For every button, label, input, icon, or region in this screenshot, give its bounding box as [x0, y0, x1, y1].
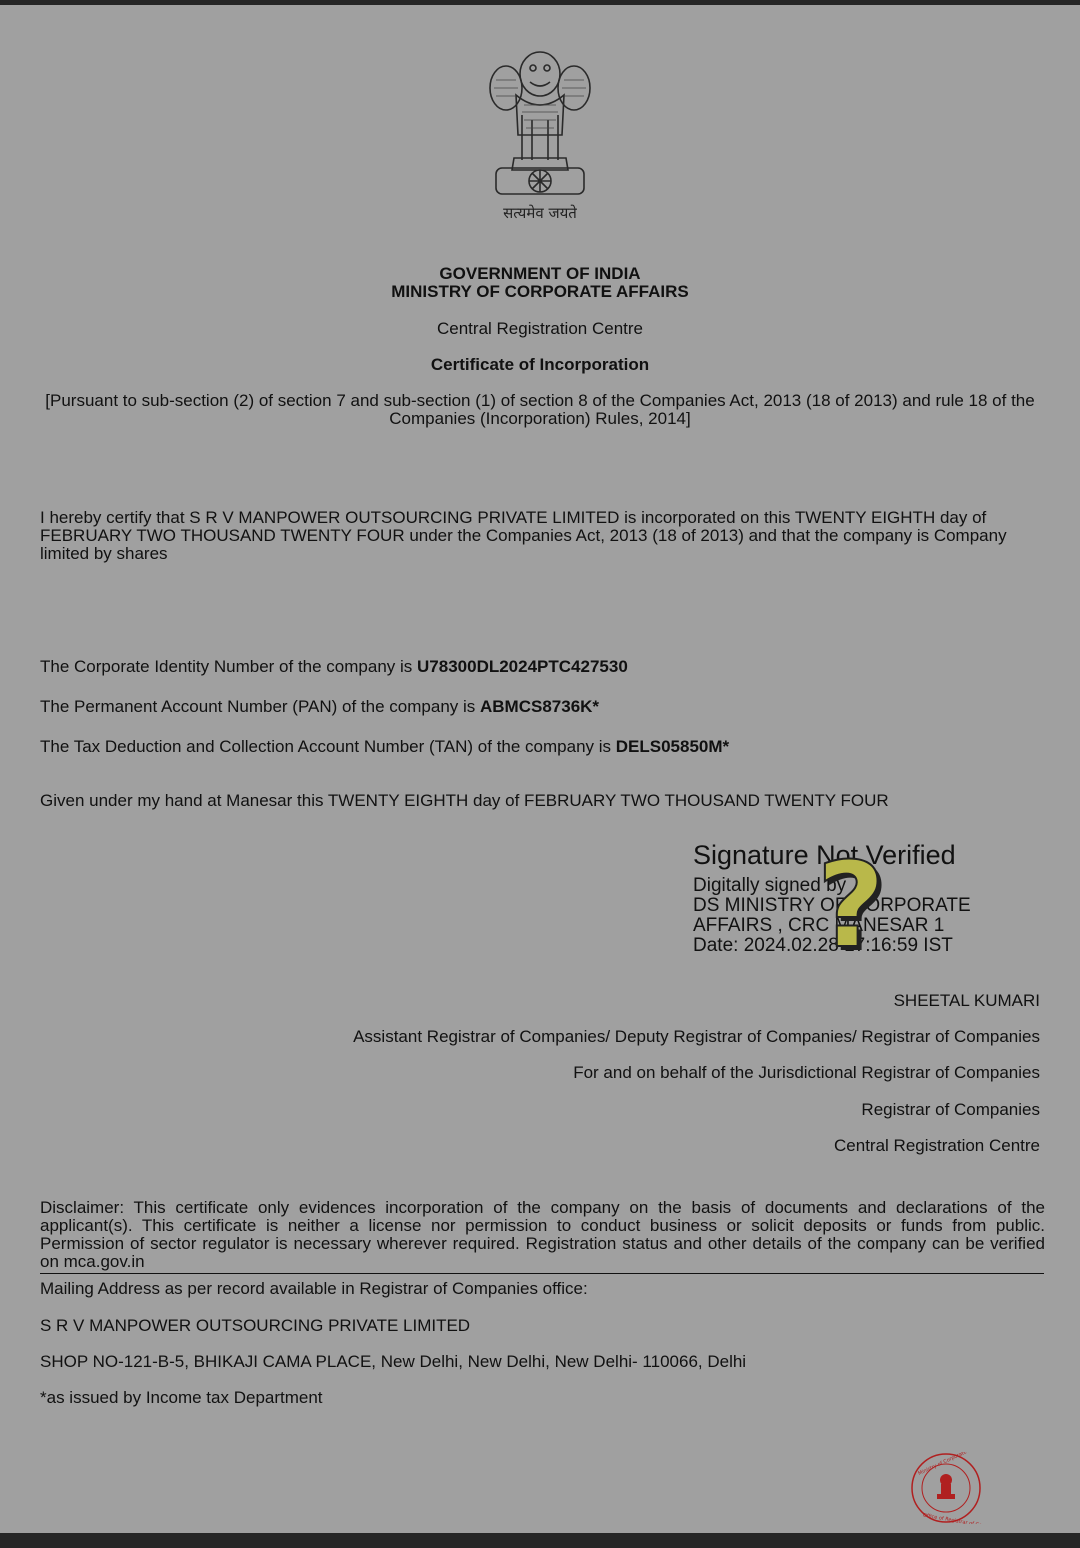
digital-signature-block[interactable]: Signature Not Verified Digitally signed … — [693, 840, 1033, 956]
signature-details: Digitally signed by DS MINISTRY OF CORPO… — [693, 876, 1033, 956]
signature-date: Date: 2024.02.28 17:16:59 IST — [693, 936, 1033, 956]
pan-label: The Permanent Account Number (PAN) of th… — [40, 697, 480, 716]
cin-value: U78300DL2024PTC427530 — [417, 657, 628, 676]
pan-value: ABMCS8736K* — [480, 697, 599, 716]
registrar-designation: Assistant Registrar of Companies/ Deputy… — [353, 1027, 1040, 1047]
registrar-centre: Central Registration Centre — [834, 1136, 1040, 1156]
tan-label: The Tax Deduction and Collection Account… — [40, 737, 616, 756]
bottom-bar — [0, 1533, 1080, 1548]
mailing-address-label: Mailing Address as per record available … — [40, 1279, 588, 1299]
ministry-heading: MINISTRY OF CORPORATE AFFAIRS — [0, 283, 1080, 301]
signer-line-1: DS MINISTRY OF CORPORATE — [693, 896, 1033, 916]
footnote: *as issued by Income tax Department — [40, 1388, 323, 1408]
centre-heading: Central Registration Centre — [0, 319, 1080, 339]
mailing-address: SHOP NO-121-B-5, BHIKAJI CAMA PLACE, New… — [40, 1352, 746, 1372]
mailing-company-name: S R V MANPOWER OUTSOURCING PRIVATE LIMIT… — [40, 1316, 470, 1336]
document-title: Certificate of Incorporation — [0, 355, 1080, 375]
registrar-behalf: For and on behalf of the Jurisdictional … — [573, 1063, 1040, 1083]
disclaimer: Disclaimer: This certificate only eviden… — [40, 1199, 1045, 1271]
top-bar — [0, 0, 1080, 5]
svg-text:Office of Registrar of Compani: Office of Registrar of Companies — [922, 1512, 984, 1524]
issuer-heading: GOVERNMENT OF INDIA MINISTRY OF CORPORAT… — [0, 265, 1080, 301]
motto: सत्यमेव जयते — [440, 203, 640, 223]
tan-value: DELS05850M* — [616, 737, 729, 756]
signature-status: Signature Not Verified — [693, 840, 1033, 870]
registrar-office: Registrar of Companies — [861, 1100, 1040, 1120]
cin-row: The Corporate Identity Number of the com… — [40, 657, 628, 677]
state-emblem-icon — [486, 40, 594, 200]
government-heading: GOVERNMENT OF INDIA — [0, 265, 1080, 283]
signed-by-label: Digitally signed by — [693, 876, 1033, 896]
tan-row: The Tax Deduction and Collection Account… — [40, 737, 729, 757]
certification-text: I hereby certify that S R V MANPOWER OUT… — [40, 509, 1045, 563]
divider — [40, 1273, 1044, 1274]
cin-label: The Corporate Identity Number of the com… — [40, 657, 417, 676]
pan-row: The Permanent Account Number (PAN) of th… — [40, 697, 599, 717]
mca-seal-icon: Ministry of Corporate Affairs Office of … — [908, 1452, 984, 1524]
given-statement: Given under my hand at Manesar this TWEN… — [40, 791, 889, 811]
legal-basis: [Pursuant to sub-section (2) of section … — [40, 392, 1040, 428]
registrar-name: SHEETAL KUMARI — [894, 991, 1040, 1011]
signer-line-2: AFFAIRS , CRC MANESAR 1 — [693, 916, 1033, 936]
